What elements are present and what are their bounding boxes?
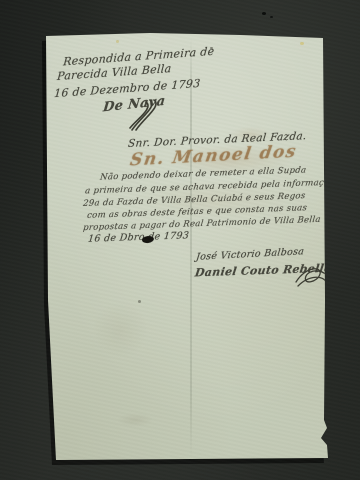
manuscript-page: Respondida a Primeira de Parecida Villa …	[0, 0, 360, 480]
signature-2: Daniel Couto Rebello	[194, 262, 332, 280]
foxing-speck	[300, 42, 304, 45]
foxing-speck	[116, 40, 119, 43]
rubric-signature: De Nava	[102, 94, 166, 116]
fold-crease	[190, 38, 192, 458]
dateline: 16 de Dbro de 1793	[87, 230, 189, 245]
ink-speck	[210, 47, 213, 49]
ink-speck	[138, 300, 141, 303]
signature-1: José Victorio Balbosa	[195, 246, 304, 263]
photo-backdrop: Respondida a Primeira de Parecida Villa …	[0, 0, 360, 480]
backdrop-speck	[262, 12, 266, 15]
backdrop-speck	[270, 16, 273, 18]
